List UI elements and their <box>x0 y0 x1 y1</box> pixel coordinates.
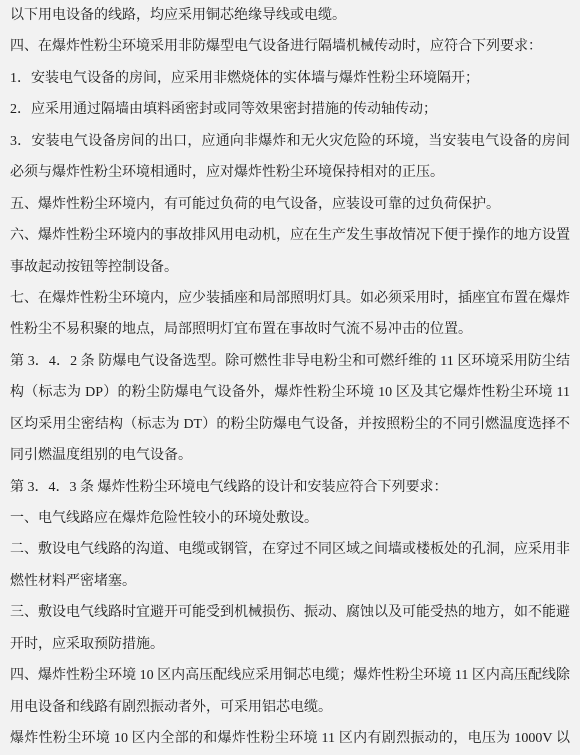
text-line: 五、爆炸性粉尘环境内，有可能过负荷的电气设备，应装设可靠的过负荷保护。 <box>10 189 570 220</box>
document-text-block: 以下用电设备的线路，均应采用铜芯绝缘导线或电缆。四、在爆炸性粉尘环境采用非防爆型… <box>10 0 570 755</box>
text-line: 必须与爆炸性粉尘环境相通时，应对爆炸性粉尘环境保持相对的正压。 <box>10 157 570 188</box>
text-line: 开时，应采取预防措施。 <box>10 629 570 660</box>
text-line: 六、爆炸性粉尘环境内的事故排风用电动机，应在生产发生事故情况下便于操作的地方设置 <box>10 220 570 251</box>
text-line: 用电设备和线路有剧烈振动者外，可采用铝芯电缆。 <box>10 692 570 723</box>
text-line: 1．安装电气设备的房间，应采用非燃烧体的实体墙与爆炸性粉尘环境隔开； <box>10 63 570 94</box>
text-line: 四、在爆炸性粉尘环境采用非防爆型电气设备进行隔墙机械传动时，应符合下列要求： <box>10 31 570 62</box>
text-line: 同引燃温度组别的电气设备。 <box>10 440 570 471</box>
text-line: 第 3．4．3 条 爆炸性粉尘环境电气线路的设计和安装应符合下列要求： <box>10 472 570 503</box>
text-line: 以下用电设备的线路，均应采用铜芯绝缘导线或电缆。 <box>10 0 570 31</box>
text-line: 二、敷设电气线路的沟道、电缆或钢管，在穿过不同区域之间墙或楼板处的孔洞，应采用非 <box>10 534 570 565</box>
text-line: 四、爆炸性粉尘环境 10 区内高压配线应采用铜芯电缆；爆炸性粉尘环境 11 区内… <box>10 660 570 691</box>
text-line: 燃性材料严密堵塞。 <box>10 566 570 597</box>
document-page: 以下用电设备的线路，均应采用铜芯绝缘导线或电缆。四、在爆炸性粉尘环境采用非防爆型… <box>0 0 580 755</box>
text-line: 事故起动按钮等控制设备。 <box>10 252 570 283</box>
text-line: 3．安装电气设备房间的出口，应通向非爆炸和无火灾危险的环境，当安装电气设备的房间 <box>10 126 570 157</box>
text-line: 构（标志为 DP）的粉尘防爆电气设备外，爆炸性粉尘环境 10 区及其它爆炸性粉尘… <box>10 377 570 408</box>
text-line: 爆炸性粉尘环境 10 区内全部的和爆炸性粉尘环境 11 区内有剧烈振动的，电压为… <box>10 723 570 754</box>
text-line: 区均采用尘密结构（标志为 DT）的粉尘防爆电气设备，并按照粉尘的不同引燃温度选择… <box>10 409 570 440</box>
text-line: 第 3．4．2 条 防爆电气设备选型。除可燃性非导电粉尘和可燃纤维的 11 区环… <box>10 346 570 377</box>
text-line: 一、电气线路应在爆炸危险性较小的环境处敷设。 <box>10 503 570 534</box>
text-line: 三、敷设电气线路时宜避开可能受到机械损伤、振动、腐蚀以及可能受热的地方，如不能避 <box>10 597 570 628</box>
text-line: 七、在爆炸性粉尘环境内，应少装插座和局部照明灯具。如必须采用时，插座宜布置在爆炸 <box>10 283 570 314</box>
text-line: 2．应采用通过隔墙由填料函密封或同等效果密封措施的传动轴传动； <box>10 94 570 125</box>
text-line: 性粉尘不易积聚的地点，局部照明灯宜布置在事故时气流不易冲击的位置。 <box>10 314 570 345</box>
